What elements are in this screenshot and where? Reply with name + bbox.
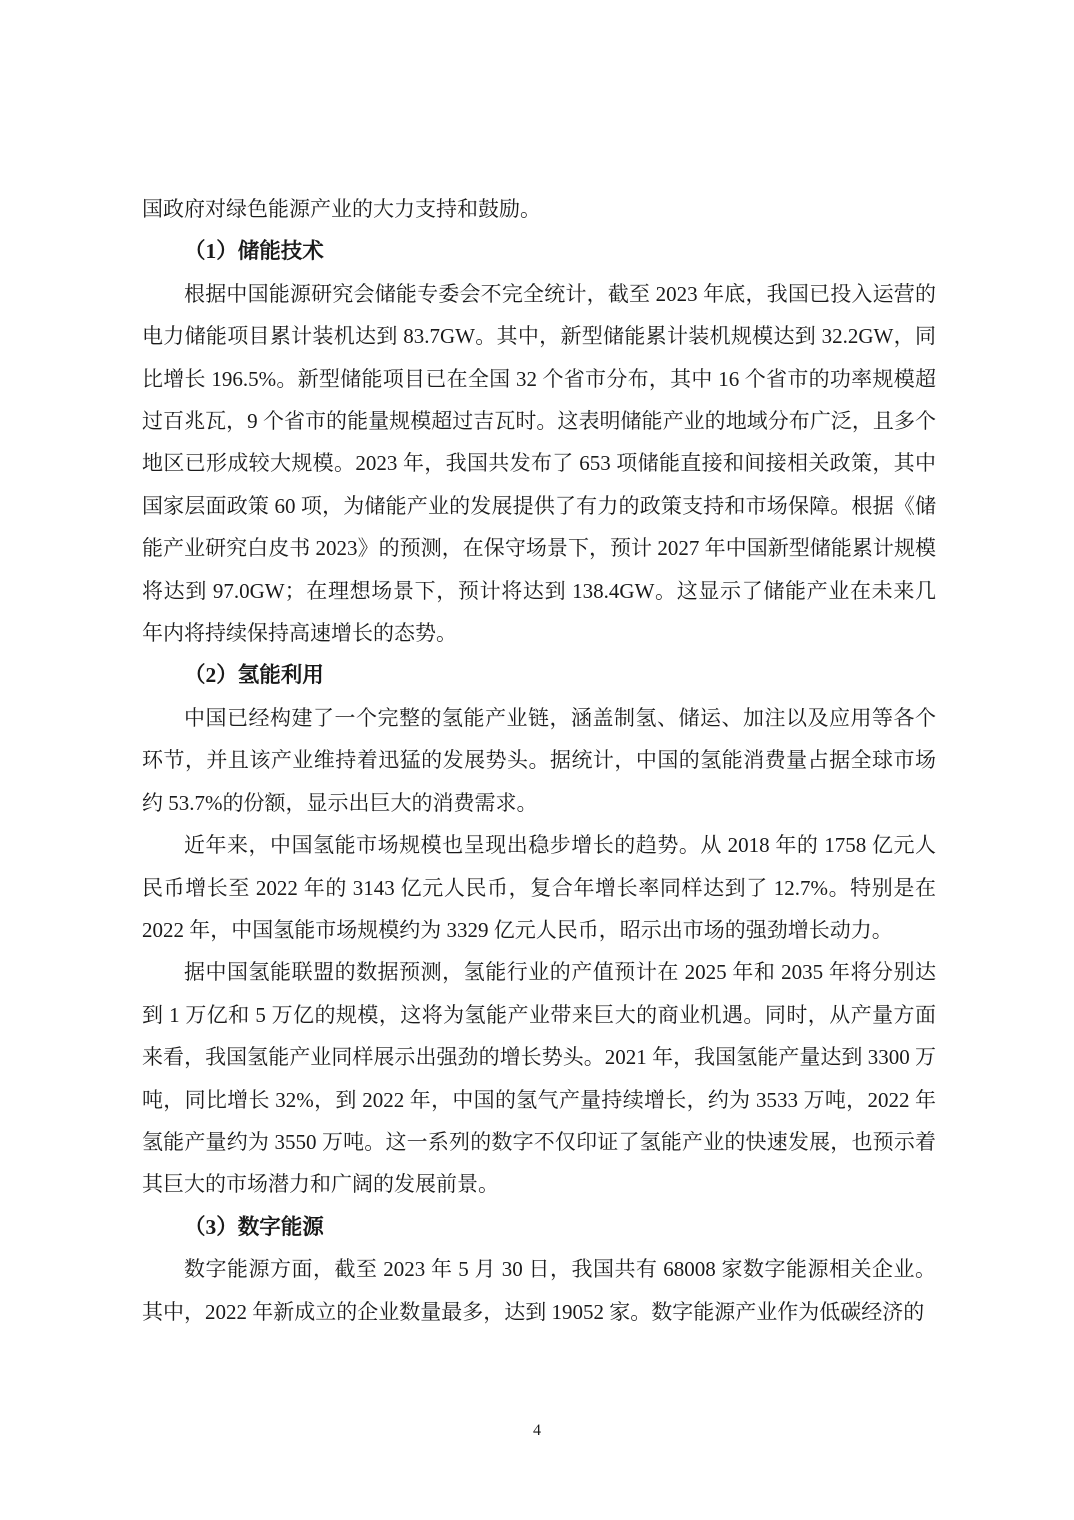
paragraph-hydrogen-market: 近年来，中国氢能市场规模也呈现出稳步增长的趋势。从 2018 年的 1758 亿… <box>142 824 936 951</box>
page-footer: 4 <box>0 1421 1074 1441</box>
page-content: 国政府对绿色能源产业的大力支持和鼓励。 （1）储能技术 根据中国能源研究会储能专… <box>142 188 936 1333</box>
paragraph-hydrogen-chain: 中国已经构建了一个完整的氢能产业链，涵盖制氢、储运、加注以及应用等各个环节，并且… <box>142 697 936 824</box>
document-page: 国政府对绿色能源产业的大力支持和鼓励。 （1）储能技术 根据中国能源研究会储能专… <box>0 0 1074 1520</box>
section-heading-energy-storage: （1）储能技术 <box>142 230 936 272</box>
paragraph-energy-storage: 根据中国能源研究会储能专委会不完全统计，截至 2023 年底，我国已投入运营的电… <box>142 273 936 655</box>
section-heading-hydrogen: （2）氢能利用 <box>142 654 936 696</box>
page-number: 4 <box>533 1422 541 1439</box>
section-heading-digital-energy: （3）数字能源 <box>142 1206 936 1248</box>
paragraph-hydrogen-forecast: 据中国氢能联盟的数据预测，氢能行业的产值预计在 2025 年和 2035 年将分… <box>142 951 936 1205</box>
paragraph-continuation: 国政府对绿色能源产业的大力支持和鼓励。 <box>142 188 936 230</box>
paragraph-digital-energy: 数字能源方面，截至 2023 年 5 月 30 日，我国共有 68008 家数字… <box>142 1248 936 1333</box>
